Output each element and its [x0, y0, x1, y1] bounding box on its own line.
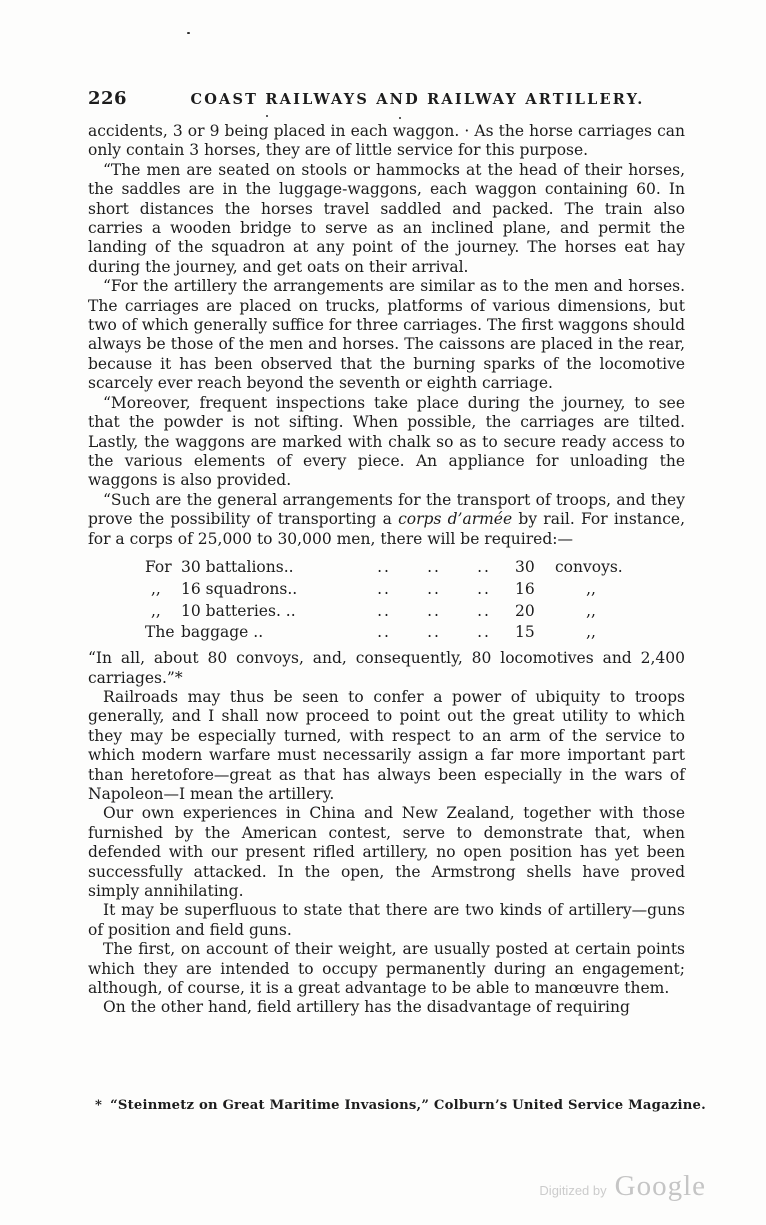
body-paragraph: “For the artillery the arrangements are … [88, 277, 685, 393]
leader-dots: .. [359, 557, 409, 579]
row-unit: convoys. [547, 557, 635, 579]
footnote: *“Steinmetz on Great Maritime Invasions,… [95, 1098, 685, 1113]
leader-dots: .. [359, 601, 409, 623]
digitization-watermark: Digitized by Google [539, 1170, 706, 1203]
row-unit: ,, [547, 601, 635, 623]
scan-speck [266, 115, 268, 117]
google-logo: Google [615, 1170, 706, 1203]
row-item: 16 squadrons.. [181, 579, 359, 601]
table-row: For 30 battalions.. .. .. .. 30 convoys. [145, 557, 645, 579]
table-row: The baggage .. .. .. .. 15 ,, [145, 622, 645, 644]
leader-dots: .. [459, 601, 509, 623]
row-unit: ,, [547, 579, 635, 601]
row-value: 20 [509, 601, 547, 623]
body-paragraph: On the other hand, field artillery has t… [88, 998, 685, 1017]
footnote-marker: * [95, 1098, 110, 1113]
row-item: 30 battalions.. [181, 557, 359, 579]
leader-dots: .. [459, 557, 509, 579]
leader-dots: .. [359, 622, 409, 644]
row-value: 30 [509, 557, 547, 579]
row-unit: ,, [547, 622, 635, 644]
running-title: COAST RAILWAYS AND RAILWAY ARTILLERY. [150, 91, 685, 108]
row-item: 10 batteries. .. [181, 601, 359, 623]
row-prefix: ,, [145, 601, 181, 623]
body-paragraph: “The men are seated on stools or hammock… [88, 161, 685, 277]
body-paragraph: The first, on account of their weight, a… [88, 940, 685, 998]
leader-dots: .. [459, 579, 509, 601]
body-paragraph: “Such are the general arrangements for t… [88, 491, 685, 549]
watermark-prefix: Digitized by [539, 1183, 606, 1198]
leader-dots: .. [359, 579, 409, 601]
row-value: 16 [509, 579, 547, 601]
row-value: 15 [509, 622, 547, 644]
page-header: 226 COAST RAILWAYS AND RAILWAY ARTILLERY… [88, 88, 685, 109]
scan-speck [187, 32, 190, 34]
body-paragraph: Railroads may thus be seen to confer a p… [88, 688, 685, 804]
body-paragraph: “Moreover, frequent inspections take pla… [88, 394, 685, 491]
body-paragraph: “In all, about 80 convoys, and, conseque… [88, 649, 685, 688]
body-paragraph: accidents, 3 or 9 being placed in each w… [88, 122, 685, 161]
table-row: ,, 16 squadrons.. .. .. .. 16 ,, [145, 579, 645, 601]
convoy-table: For 30 battalions.. .. .. .. 30 convoys.… [145, 557, 645, 644]
scan-speck [399, 117, 401, 119]
row-prefix: ,, [145, 579, 181, 601]
leader-dots: .. [409, 557, 459, 579]
body-paragraph: It may be superfluous to state that ther… [88, 901, 685, 940]
book-page-scan: 226 COAST RAILWAYS AND RAILWAY ARTILLERY… [0, 0, 766, 1225]
table-row: ,, 10 batteries. .. .. .. .. 20 ,, [145, 601, 645, 623]
leader-dots: .. [409, 579, 459, 601]
footnote-text: “Steinmetz on Great Maritime Invasions,”… [110, 1098, 706, 1113]
page-body: accidents, 3 or 9 being placed in each w… [88, 122, 685, 1018]
leader-dots: .. [459, 622, 509, 644]
row-item: baggage .. [181, 622, 359, 644]
row-prefix: For [145, 557, 181, 579]
row-prefix: The [145, 622, 181, 644]
page-number: 226 [88, 88, 150, 109]
leader-dots: .. [409, 622, 459, 644]
italic-phrase: corps d’armée [398, 510, 512, 528]
body-paragraph: Our own experiences in China and New Zea… [88, 804, 685, 901]
leader-dots: .. [409, 601, 459, 623]
